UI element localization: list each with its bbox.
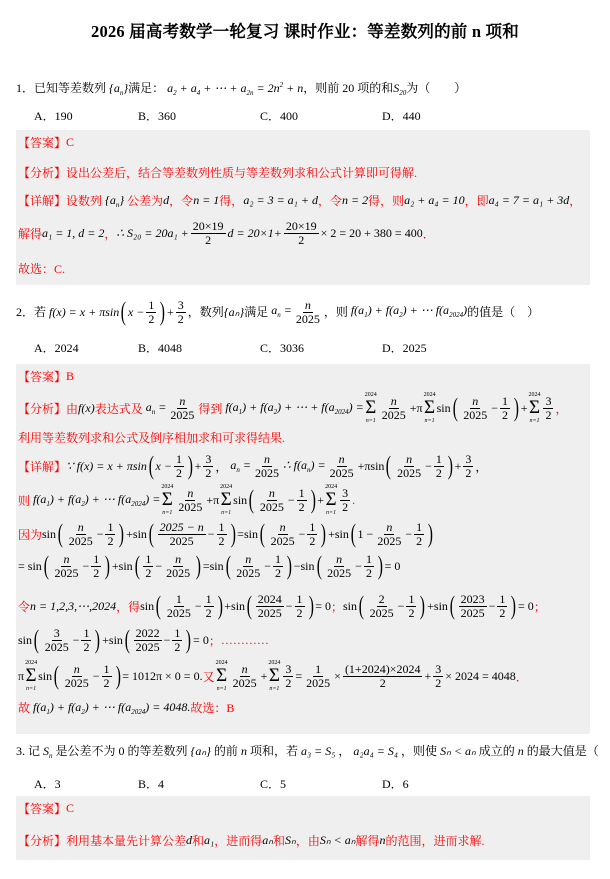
option-c[interactable]: C．5 bbox=[260, 774, 286, 794]
fraction: n2025 bbox=[461, 395, 489, 422]
fraction: 12 bbox=[364, 553, 374, 580]
analysis-text: 由 bbox=[66, 400, 78, 417]
math: f(a1) + f(a2) + ⋯ f(a2024) = 4048. bbox=[30, 700, 190, 716]
analysis-tag: 【分析】 bbox=[18, 400, 66, 417]
math: aₙ bbox=[262, 833, 273, 848]
option-c[interactable]: C．3036 bbox=[260, 338, 304, 358]
fraction: 12 bbox=[297, 487, 307, 514]
fraction: n2025 bbox=[52, 553, 80, 580]
fraction: n2025 bbox=[164, 553, 192, 580]
denominator: 2 bbox=[433, 677, 443, 690]
fraction: 12 bbox=[143, 553, 153, 580]
fraction: 32 bbox=[176, 299, 186, 326]
numerator: 3 bbox=[543, 395, 553, 409]
option-a[interactable]: A．190 bbox=[34, 106, 73, 126]
paren: ) bbox=[160, 299, 165, 325]
analysis-text: 利用基本量先计算公差 bbox=[66, 832, 186, 849]
option-d[interactable]: D．2025 bbox=[382, 338, 427, 358]
detail-text: 故 bbox=[18, 699, 30, 716]
fraction: 32 bbox=[433, 663, 443, 690]
numerator: 1 bbox=[406, 593, 416, 607]
detail-text: 公差为 bbox=[127, 192, 163, 209]
sum-lower: n=1 bbox=[425, 417, 435, 425]
stem-text: 满足： bbox=[128, 81, 164, 95]
detail-text: 又 bbox=[203, 668, 215, 685]
numerator: 1 bbox=[146, 299, 156, 313]
option-a[interactable]: A．2024 bbox=[34, 338, 79, 358]
denominator: 2025 bbox=[176, 501, 204, 514]
numerator: n bbox=[243, 553, 253, 567]
numerator: n bbox=[337, 453, 347, 467]
stem-text: 的值是（ ） bbox=[467, 302, 539, 322]
numerator: n bbox=[61, 553, 71, 567]
denominator: 2025 bbox=[459, 607, 487, 620]
math: n = 1 bbox=[193, 193, 219, 208]
math: x − bbox=[128, 302, 144, 322]
numerator: 1 bbox=[307, 521, 317, 535]
sigma: 2024Σn=1 bbox=[161, 483, 173, 517]
stem-text: 记 bbox=[28, 744, 40, 758]
sigma: 2024Σn=1 bbox=[220, 483, 232, 517]
conclusion-line: 故选：C. bbox=[18, 260, 65, 277]
sigma: 2024Σn=1 bbox=[365, 391, 377, 425]
denominator: 2 bbox=[434, 467, 444, 480]
fraction: n2025 bbox=[375, 521, 403, 548]
denominator: 2025 bbox=[294, 313, 322, 326]
analysis-text: 和 bbox=[273, 832, 285, 849]
detail-text: ． bbox=[516, 668, 528, 685]
answer-value: B bbox=[66, 369, 74, 384]
denominator: 2025 bbox=[52, 567, 80, 580]
option-d[interactable]: D．440 bbox=[382, 106, 421, 126]
numerator: 1 bbox=[174, 453, 184, 467]
detail-line-8: 故 f(a1) + f(a2) + ⋯ f(a2024) = 4048. 故选：… bbox=[18, 699, 234, 716]
denominator: 2 bbox=[203, 234, 213, 247]
sigma: 2024Σn=1 bbox=[424, 391, 436, 425]
fraction: 12025 bbox=[304, 663, 332, 690]
denominator: 2 bbox=[297, 501, 307, 514]
numerator: 1 bbox=[105, 521, 115, 535]
stem-text: ，则前 20 项的和 bbox=[303, 81, 393, 95]
denominator: 2 bbox=[296, 234, 306, 247]
fraction: 12 bbox=[174, 453, 184, 480]
detail-text: 得， bbox=[219, 192, 243, 209]
denominator: 2025 bbox=[168, 409, 196, 422]
fraction: n2025 bbox=[231, 663, 259, 690]
math: n = 1,2,3,⋯,2024 bbox=[30, 599, 116, 614]
denominator: 2 bbox=[414, 535, 424, 548]
numerator: n bbox=[177, 395, 187, 409]
analysis-tag: 【分析】 bbox=[18, 832, 66, 849]
stem-formula: a2 + a4 + ⋯ + a2n = 2n2 + n bbox=[167, 81, 303, 95]
math: {aₙ} bbox=[224, 302, 244, 322]
numerator: n bbox=[76, 521, 86, 535]
sigma: 2024Σn=1 bbox=[528, 391, 540, 425]
stem-text: ，则 bbox=[324, 302, 348, 322]
question-3-stem: 3. 记 Sn 是公差不为 0 的等差数列 {aₙ} 的前 n 项和，若 a₃ … bbox=[16, 741, 610, 766]
denominator: 2 bbox=[172, 641, 182, 654]
math: an = bbox=[143, 400, 167, 416]
fraction: 32 bbox=[543, 395, 553, 422]
sum-lower: n=1 bbox=[529, 417, 539, 425]
denominator: 2025 bbox=[258, 501, 286, 514]
denominator: 2 bbox=[543, 409, 553, 422]
denominator: 2025 bbox=[134, 641, 162, 654]
fraction: n2025 bbox=[294, 299, 322, 326]
denominator: 2025 bbox=[165, 607, 193, 620]
fraction: 32 bbox=[283, 663, 293, 690]
analysis-text: 的范围，进而求解. bbox=[386, 832, 485, 849]
numerator: 2023 bbox=[459, 593, 487, 607]
fraction: 32 bbox=[463, 453, 473, 480]
math: an = bbox=[268, 300, 292, 325]
analysis-text: 设出公差后，结合等差数列性质与等差数列求和公式计算即可得解. bbox=[66, 164, 417, 181]
numerator: 1 bbox=[81, 627, 91, 641]
numerator: 1 bbox=[313, 663, 323, 677]
question-number: 3. bbox=[16, 744, 25, 758]
numerator: 2025 − n bbox=[158, 521, 206, 535]
numerator: n bbox=[72, 663, 82, 677]
analysis-text: 解得 bbox=[356, 832, 380, 849]
detail-text: ，令 bbox=[318, 192, 342, 209]
numerator: n bbox=[240, 663, 250, 677]
stem-text: ，则使 bbox=[401, 744, 437, 758]
stem-target: S20 bbox=[393, 81, 406, 95]
denominator: 2025 bbox=[368, 607, 396, 620]
detail-text: ， bbox=[569, 192, 581, 209]
numerator: n bbox=[278, 521, 288, 535]
denominator: 2025 bbox=[395, 467, 423, 480]
math: n bbox=[241, 744, 247, 758]
fraction: n2025 bbox=[234, 553, 262, 580]
math: Sn bbox=[43, 744, 53, 758]
numerator: 3 bbox=[52, 627, 62, 641]
numerator: 1 bbox=[497, 593, 507, 607]
denominator: 2025 bbox=[325, 567, 353, 580]
math: {an} bbox=[102, 193, 127, 209]
detail-line-2: 解得 a₁ = 1, d = 2 ， ∴ S₂₀ = 20a₁ + 20×192… bbox=[18, 220, 435, 247]
fraction: n2025 bbox=[325, 553, 353, 580]
fraction: 2025 − n2025 bbox=[158, 521, 206, 548]
detail-tag: 【详解】 bbox=[18, 192, 66, 209]
numerator: 1 bbox=[364, 553, 374, 567]
denominator: 2025 bbox=[63, 677, 91, 690]
stem-text: 为（ ） bbox=[406, 81, 466, 95]
numerator: n bbox=[303, 299, 313, 313]
sum-lower: n=1 bbox=[217, 685, 227, 693]
fraction: n2025 bbox=[395, 453, 423, 480]
question-number: 1． bbox=[16, 81, 34, 95]
answer-tag: 【答案】 bbox=[18, 368, 66, 385]
numerator: n bbox=[185, 487, 195, 501]
denominator: 2 bbox=[497, 607, 507, 620]
numerator: 1 bbox=[102, 663, 112, 677]
math: a₄ = 7 = a₁ + 3d bbox=[489, 193, 570, 208]
math: f(a1) + f(a2) + ⋯ f(a2024) bbox=[348, 300, 467, 325]
detail-line-7: π2024Σn=1sin(n2025−12)= 1012π × 0 = 0. 又… bbox=[18, 654, 528, 698]
analysis-text: ，由 bbox=[296, 832, 320, 849]
math: n = 2 bbox=[342, 193, 368, 208]
fraction: n2025 bbox=[380, 395, 408, 422]
fraction: n2025 bbox=[253, 453, 281, 480]
numerator: (1+2024)×2024 bbox=[343, 663, 423, 677]
detail-text: 则 bbox=[18, 492, 30, 509]
denominator: 2 bbox=[176, 313, 186, 326]
denominator: 2 bbox=[406, 607, 416, 620]
sum-lower: n=1 bbox=[366, 417, 376, 425]
denominator: 2 bbox=[102, 677, 112, 690]
math: × 2 = 20 + 380 = 400 bbox=[321, 226, 423, 241]
numerator: 1 bbox=[295, 593, 305, 607]
detail-text: ． bbox=[423, 225, 435, 242]
numerator: 20×19 bbox=[284, 220, 319, 234]
denominator: 2 bbox=[273, 567, 283, 580]
math: a₁ = 1, d = 2 bbox=[42, 226, 104, 241]
fraction: 12 bbox=[307, 521, 317, 548]
detail-text: ，得 bbox=[116, 598, 140, 615]
option-b[interactable]: B．4048 bbox=[138, 338, 182, 358]
stem-text: 的最大值是（ ） bbox=[527, 744, 610, 758]
fraction: 12025 bbox=[165, 593, 193, 620]
denominator: 2 bbox=[500, 409, 510, 422]
analysis-line-2: 利用等差数列求和公式及倒序相加求和可求得结果. bbox=[18, 429, 285, 446]
analysis-text: ，进而得 bbox=[214, 832, 262, 849]
math: n bbox=[518, 744, 524, 758]
numerator: 3 bbox=[203, 453, 213, 467]
math: a₂a₄ = S₄ bbox=[353, 744, 398, 758]
analysis-text: 表达式及 bbox=[95, 400, 143, 417]
numerator: 1 bbox=[172, 627, 182, 641]
denominator: 2025 bbox=[304, 677, 332, 690]
detail-text: 得，则 bbox=[368, 192, 404, 209]
denominator: 2025 bbox=[380, 409, 408, 422]
analysis-tag: 【分析】 bbox=[18, 164, 66, 181]
stem-text: 满足 bbox=[244, 302, 268, 322]
math: Sₙ bbox=[285, 833, 296, 848]
page-title: 2026 届高考数学一轮复习 课时作业：等差数列的前 n 项和 bbox=[0, 18, 610, 42]
math: ∴ f(an) = bbox=[283, 458, 326, 474]
question-2-stem: 2． 若 f(x) = x + πsin(x − 12)+32 ，数列 {aₙ}… bbox=[16, 292, 539, 332]
conclusion-text: 故选：B bbox=[190, 699, 234, 716]
fraction: 12 bbox=[81, 627, 91, 654]
numerator: 1 bbox=[217, 521, 227, 535]
paren: ( bbox=[121, 299, 126, 325]
denominator: 2025 bbox=[231, 677, 259, 690]
numerator: 1 bbox=[297, 487, 307, 501]
detail-text: ，即 bbox=[465, 192, 489, 209]
stem-text: ，数列 bbox=[188, 302, 224, 322]
denominator: 2 bbox=[378, 677, 388, 690]
numerator: 1 bbox=[434, 453, 444, 467]
math: a₂ = 3 = a₁ + d bbox=[243, 193, 318, 208]
fraction: n2025 bbox=[328, 453, 356, 480]
option-d[interactable]: D．6 bbox=[382, 774, 409, 794]
fraction: 12 bbox=[434, 453, 444, 480]
fraction: 20232025 bbox=[459, 593, 487, 620]
numerator: 3 bbox=[463, 453, 473, 467]
analysis-line: 【分析】 利用基本量先计算公差 d 和 a₁ ，进而得 aₙ 和 Sₙ ，由 S… bbox=[18, 832, 485, 849]
numerator: n bbox=[384, 521, 394, 535]
question-2-solution-panel: 【答案】B 【分析】 由 f(x) 表达式及 an =n2025 得到 f(a1… bbox=[16, 364, 590, 734]
denominator: 2025 bbox=[164, 567, 192, 580]
math: Sₙ < aₙ bbox=[440, 744, 476, 758]
fraction: 12 bbox=[414, 521, 424, 548]
fraction: (1+2024)×20242 bbox=[343, 663, 423, 690]
question-1-stem: 1．已知等差数列 {an}满足： a2 + a4 + ⋯ + a2n = 2n2… bbox=[16, 75, 466, 103]
fraction: 20222025 bbox=[134, 627, 162, 654]
detail-text: ，令 bbox=[169, 192, 193, 209]
answer-line: 【答案】B bbox=[18, 368, 74, 385]
numerator: 3 bbox=[340, 487, 350, 501]
fraction: 12 bbox=[102, 663, 112, 690]
stem-text: 成立的 bbox=[479, 744, 515, 758]
numerator: 3 bbox=[433, 663, 443, 677]
numerator: 2 bbox=[377, 593, 387, 607]
math: f(x) bbox=[78, 401, 95, 416]
detail-text: 令 bbox=[18, 598, 30, 615]
detail-line-1: 【详解】 设数列 {an} 公差为 d ，令 n = 1 得， a₂ = 3 =… bbox=[18, 192, 581, 209]
numerator: 2022 bbox=[134, 627, 162, 641]
numerator: 3 bbox=[283, 663, 293, 677]
fraction: n2025 bbox=[67, 521, 95, 548]
math: {aₙ} bbox=[191, 744, 211, 758]
denominator: 2025 bbox=[461, 409, 489, 422]
denominator: 2 bbox=[295, 607, 305, 620]
numerator: 1 bbox=[414, 521, 424, 535]
fraction: 12 bbox=[497, 593, 507, 620]
denominator: 2 bbox=[146, 313, 156, 326]
fraction: n2025 bbox=[269, 521, 297, 548]
numerator: 3 bbox=[176, 299, 186, 313]
stem-text: 若 bbox=[34, 302, 46, 322]
sequence-symbol: {an} bbox=[109, 81, 128, 95]
analysis-line: 【分析】设出公差后，结合等差数列性质与等差数列求和公式计算即可得解. bbox=[18, 164, 417, 181]
ellipsis: ………… bbox=[221, 633, 269, 648]
numerator: n bbox=[267, 487, 277, 501]
numerator: n bbox=[334, 553, 344, 567]
answer-value: C bbox=[66, 135, 74, 150]
analysis-text: ， bbox=[555, 400, 567, 417]
option-c[interactable]: C．400 bbox=[260, 106, 298, 126]
analysis-text: 和 bbox=[192, 832, 204, 849]
fraction: 12 bbox=[295, 593, 305, 620]
stem-text: 已知等差数列 bbox=[34, 81, 106, 95]
answer-tag: 【答案】 bbox=[18, 800, 66, 817]
fraction: 20×192 bbox=[284, 220, 319, 247]
math: a₂ + a₄ = 10 bbox=[404, 193, 465, 208]
fraction: 20242025 bbox=[256, 593, 284, 620]
answer-line: 【答案】C bbox=[18, 134, 74, 151]
numerator: 1 bbox=[204, 593, 214, 607]
numerator: n bbox=[389, 395, 399, 409]
fraction: 12 bbox=[273, 553, 283, 580]
math: a₁ bbox=[204, 833, 214, 848]
sum-lower: n=1 bbox=[26, 685, 36, 693]
numerator: n bbox=[262, 453, 272, 467]
denominator: 2025 bbox=[256, 607, 284, 620]
denominator: 2 bbox=[91, 567, 101, 580]
option-b[interactable]: B．360 bbox=[138, 106, 176, 126]
analysis-line: 【分析】 由 f(x) 表达式及 an =n2025 得到 f(a1) + f(… bbox=[18, 388, 568, 428]
fraction: 12 bbox=[105, 521, 115, 548]
math: ∵ f(x) = x + πsin bbox=[66, 459, 147, 474]
denominator: 2025 bbox=[43, 641, 71, 654]
sigma: 2024Σn=1 bbox=[325, 483, 337, 517]
denominator: 2 bbox=[463, 467, 473, 480]
numerator: n bbox=[173, 553, 183, 567]
detail-tag: 【详解】 bbox=[18, 458, 66, 475]
numerator: 1 bbox=[174, 593, 184, 607]
math: ∴ S₂₀ = 20a₁ + bbox=[116, 226, 188, 241]
question-number: 2． bbox=[16, 302, 34, 322]
sigma: 2024Σn=1 bbox=[268, 659, 280, 693]
fraction: 12 bbox=[500, 395, 510, 422]
detail-text: ， bbox=[104, 225, 116, 242]
fraction: 32 bbox=[340, 487, 350, 514]
denominator: 2025 bbox=[234, 567, 262, 580]
fraction: n2025 bbox=[258, 487, 286, 514]
math: a₃ = S₅ bbox=[301, 744, 335, 758]
stem-text: ， bbox=[338, 744, 350, 758]
detail-text: 因为 bbox=[18, 526, 42, 543]
math: an = bbox=[227, 458, 251, 474]
numerator: n bbox=[404, 453, 414, 467]
fraction: 12 bbox=[217, 521, 227, 548]
fraction: 12 bbox=[406, 593, 416, 620]
fraction: 32025 bbox=[43, 627, 71, 654]
math: Sₙ < aₙ bbox=[320, 833, 356, 848]
fraction: 12 bbox=[91, 553, 101, 580]
answer-tag: 【答案】 bbox=[18, 134, 66, 151]
answer-line: 【答案】C bbox=[18, 800, 74, 817]
question-1-solution-panel: 【答案】C 【分析】设出公差后，结合等差数列性质与等差数列求和公式计算即可得解.… bbox=[16, 130, 590, 285]
math: f(x) = x + πsin bbox=[46, 302, 119, 322]
answer-value: C bbox=[66, 801, 74, 816]
fraction: 32 bbox=[203, 453, 213, 480]
fraction: n2025 bbox=[63, 663, 91, 690]
stem-text: 项和，若 bbox=[250, 744, 298, 758]
denominator: 2 bbox=[143, 567, 153, 580]
denominator: 2 bbox=[283, 677, 293, 690]
numerator: 1 bbox=[273, 553, 283, 567]
numerator: 20×19 bbox=[191, 220, 226, 234]
detail-line-4: = sin(n2025−12)+sin(12−n2025)=sin(n2025−… bbox=[18, 546, 400, 586]
stem-text: 的前 bbox=[214, 744, 238, 758]
fraction: 12 bbox=[146, 299, 156, 326]
math: f(a1) + f(a2) + ⋯ f(a2024) = bbox=[30, 492, 160, 508]
sigma: 2024Σn=1 bbox=[25, 659, 37, 693]
option-a[interactable]: A．3 bbox=[34, 774, 61, 794]
math: f(a1) + f(a2) + ⋯ + f(a2024) = bbox=[222, 400, 363, 416]
fraction: n2025 bbox=[176, 487, 204, 514]
detail-text: 解得 bbox=[18, 225, 42, 242]
numerator: 2024 bbox=[256, 593, 284, 607]
stem-text: 是公差不为 0 的等差数列 bbox=[56, 744, 188, 758]
option-b[interactable]: B．4 bbox=[138, 774, 164, 794]
fraction: 20×192 bbox=[191, 220, 226, 247]
numerator: 1 bbox=[500, 395, 510, 409]
denominator: 2 bbox=[340, 501, 350, 514]
denominator: 2 bbox=[204, 607, 214, 620]
fraction: 12 bbox=[172, 627, 182, 654]
fraction: 22025 bbox=[368, 593, 396, 620]
fraction: n2025 bbox=[168, 395, 196, 422]
sigma: 2024Σn=1 bbox=[216, 659, 228, 693]
numerator: 1 bbox=[91, 553, 101, 567]
analysis-text: 得到 bbox=[198, 400, 222, 417]
detail-text: 设数列 bbox=[66, 192, 102, 209]
question-3-solution-panel: 【答案】C 【分析】 利用基本量先计算公差 d 和 a₁ ，进而得 aₙ 和 S… bbox=[16, 796, 590, 860]
